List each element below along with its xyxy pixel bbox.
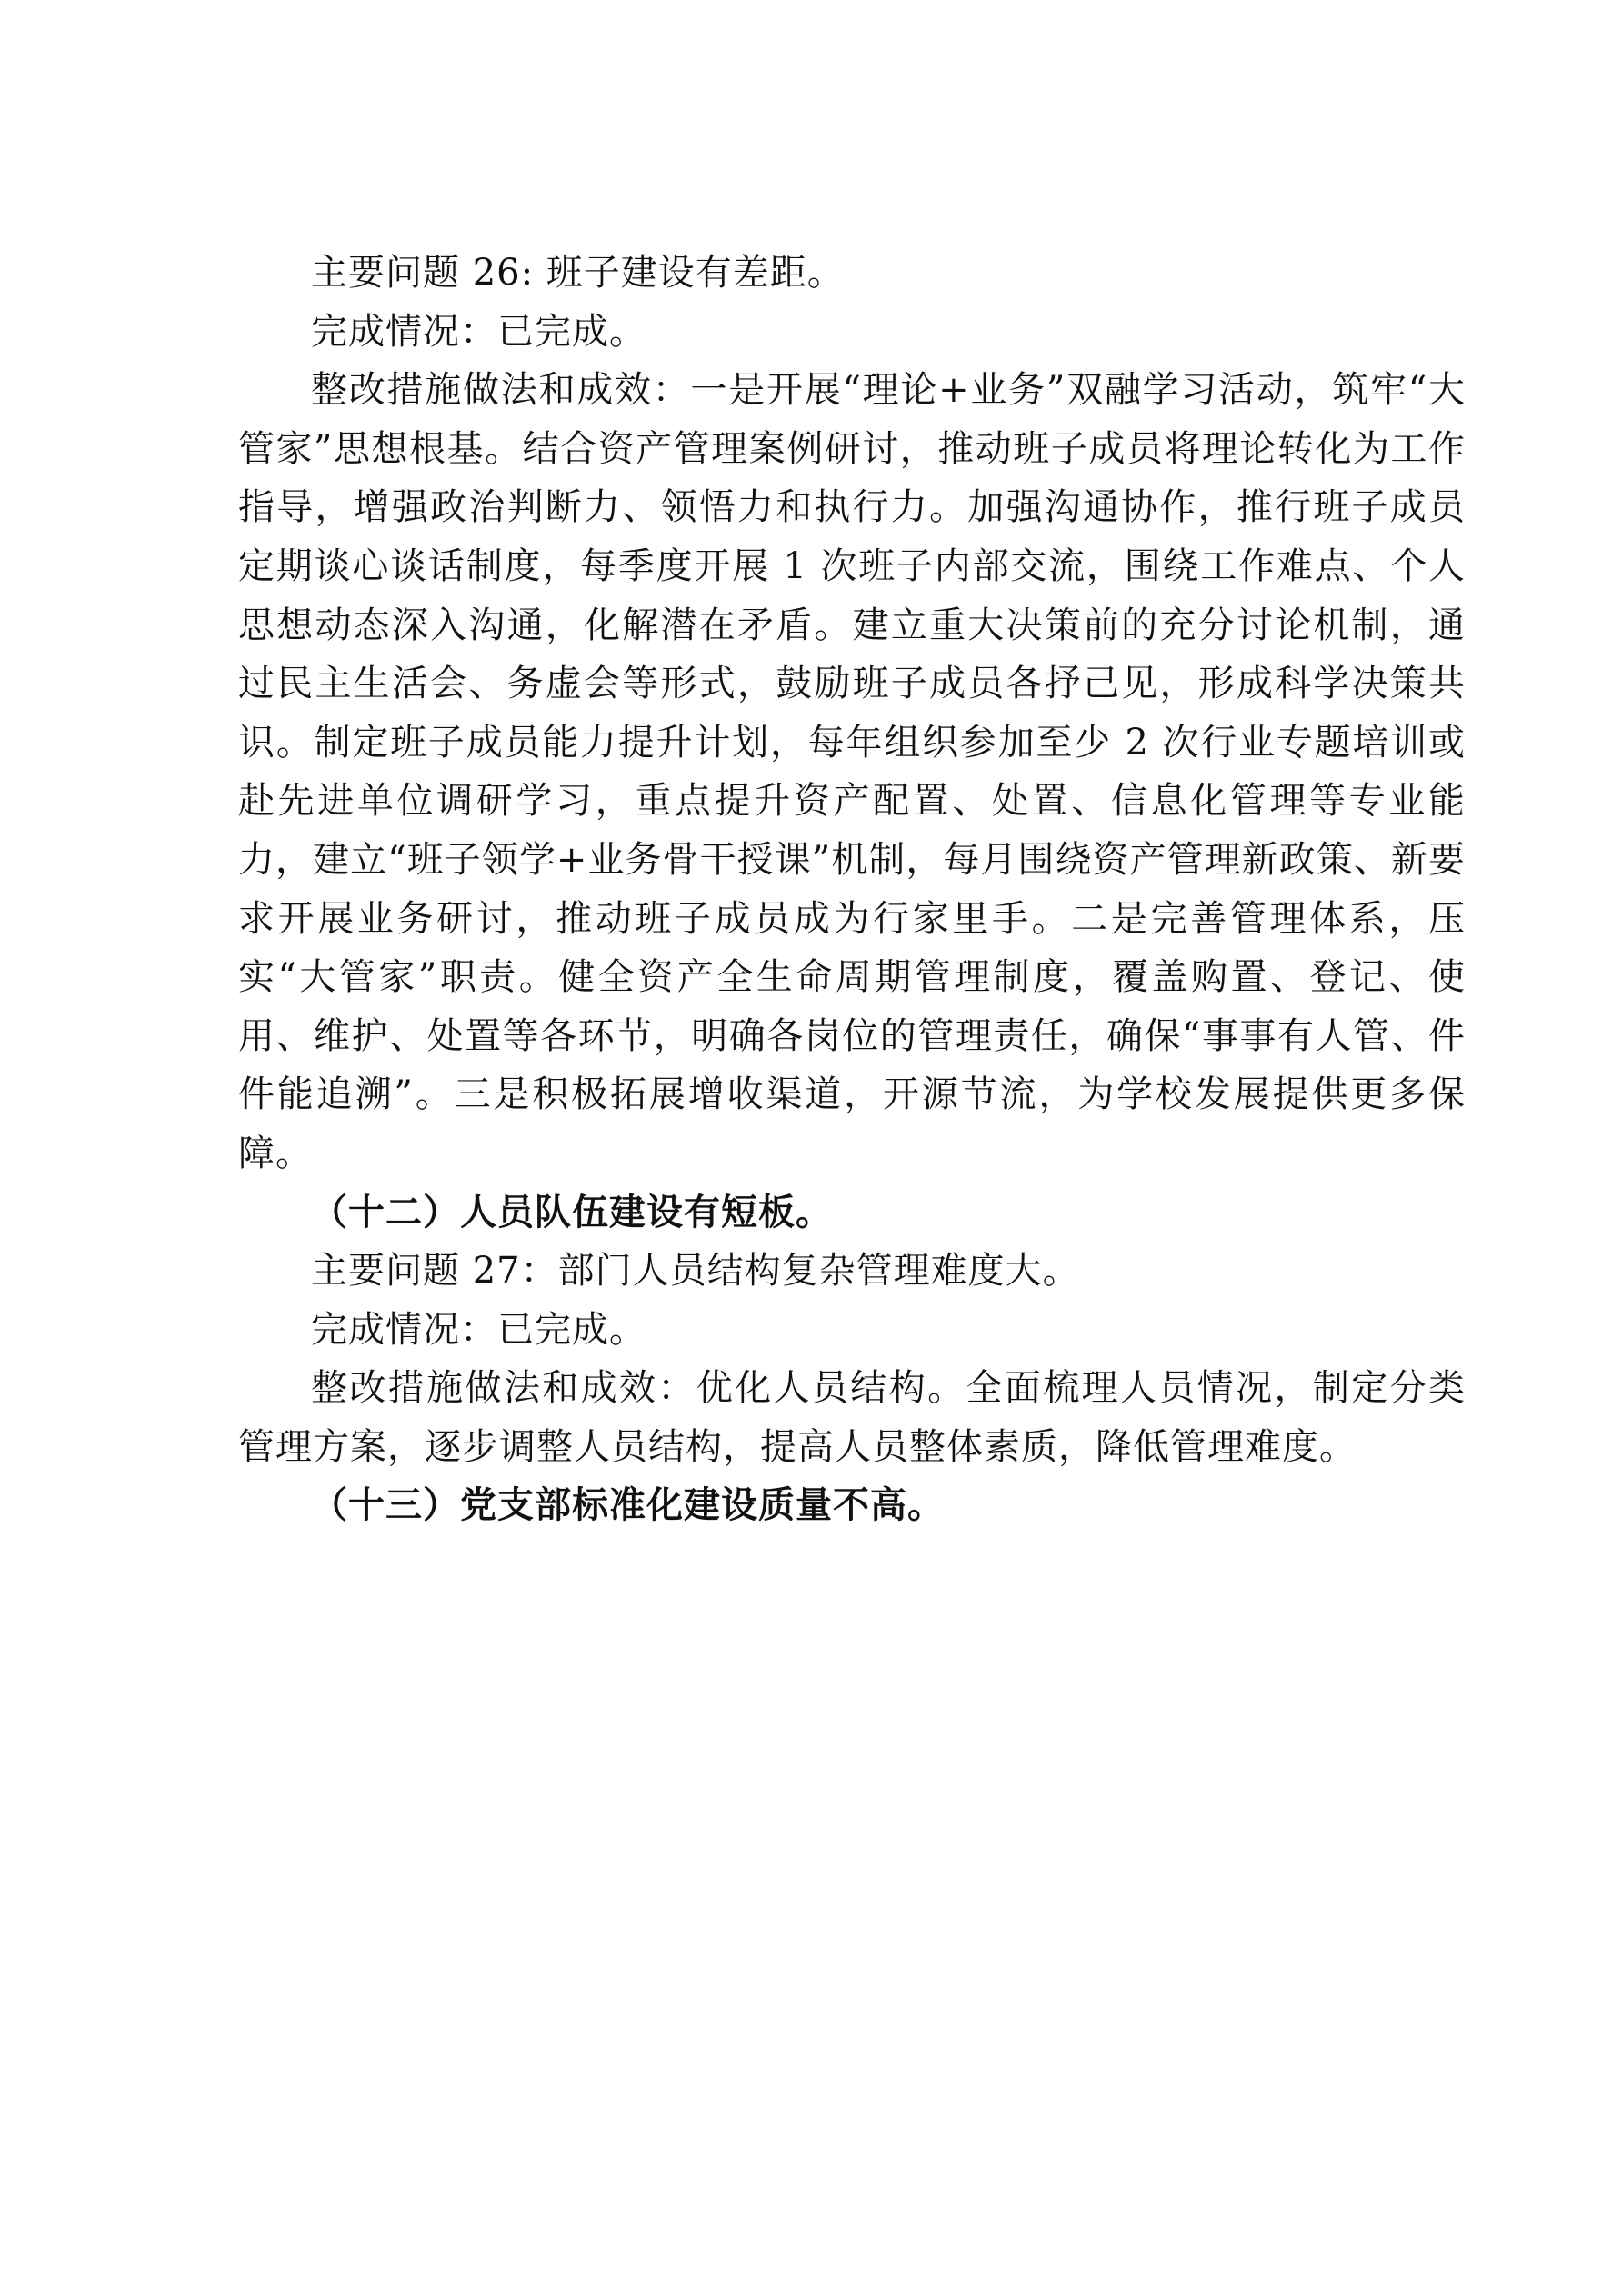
problem-26-title: 主要问题 26: 班子建设有差距。	[238, 244, 1466, 303]
section-12-heading: （十二）人员队伍建设有短板。	[238, 1183, 1466, 1243]
document-page: 主要问题 26: 班子建设有差距。 完成情况：已完成。 整改措施做法和成效：一是…	[238, 244, 1466, 1535]
problem-26-status: 完成情况：已完成。	[238, 303, 1466, 362]
problem-27-measures: 整改措施做法和成效：优化人员结构。全面梳理人员情况，制定分类管理方案，逐步调整人…	[238, 1359, 1466, 1476]
problem-27-title: 主要问题 27：部门人员结构复杂管理难度大。	[238, 1242, 1466, 1301]
section-13-heading: （十三）党支部标准化建设质量不高。	[238, 1476, 1466, 1535]
problem-26-measures: 整改措施做法和成效：一是开展“理论+业务”双融学习活动，筑牢“大管家”思想根基。…	[238, 361, 1466, 1183]
problem-27-status: 完成情况：已完成。	[238, 1301, 1466, 1360]
